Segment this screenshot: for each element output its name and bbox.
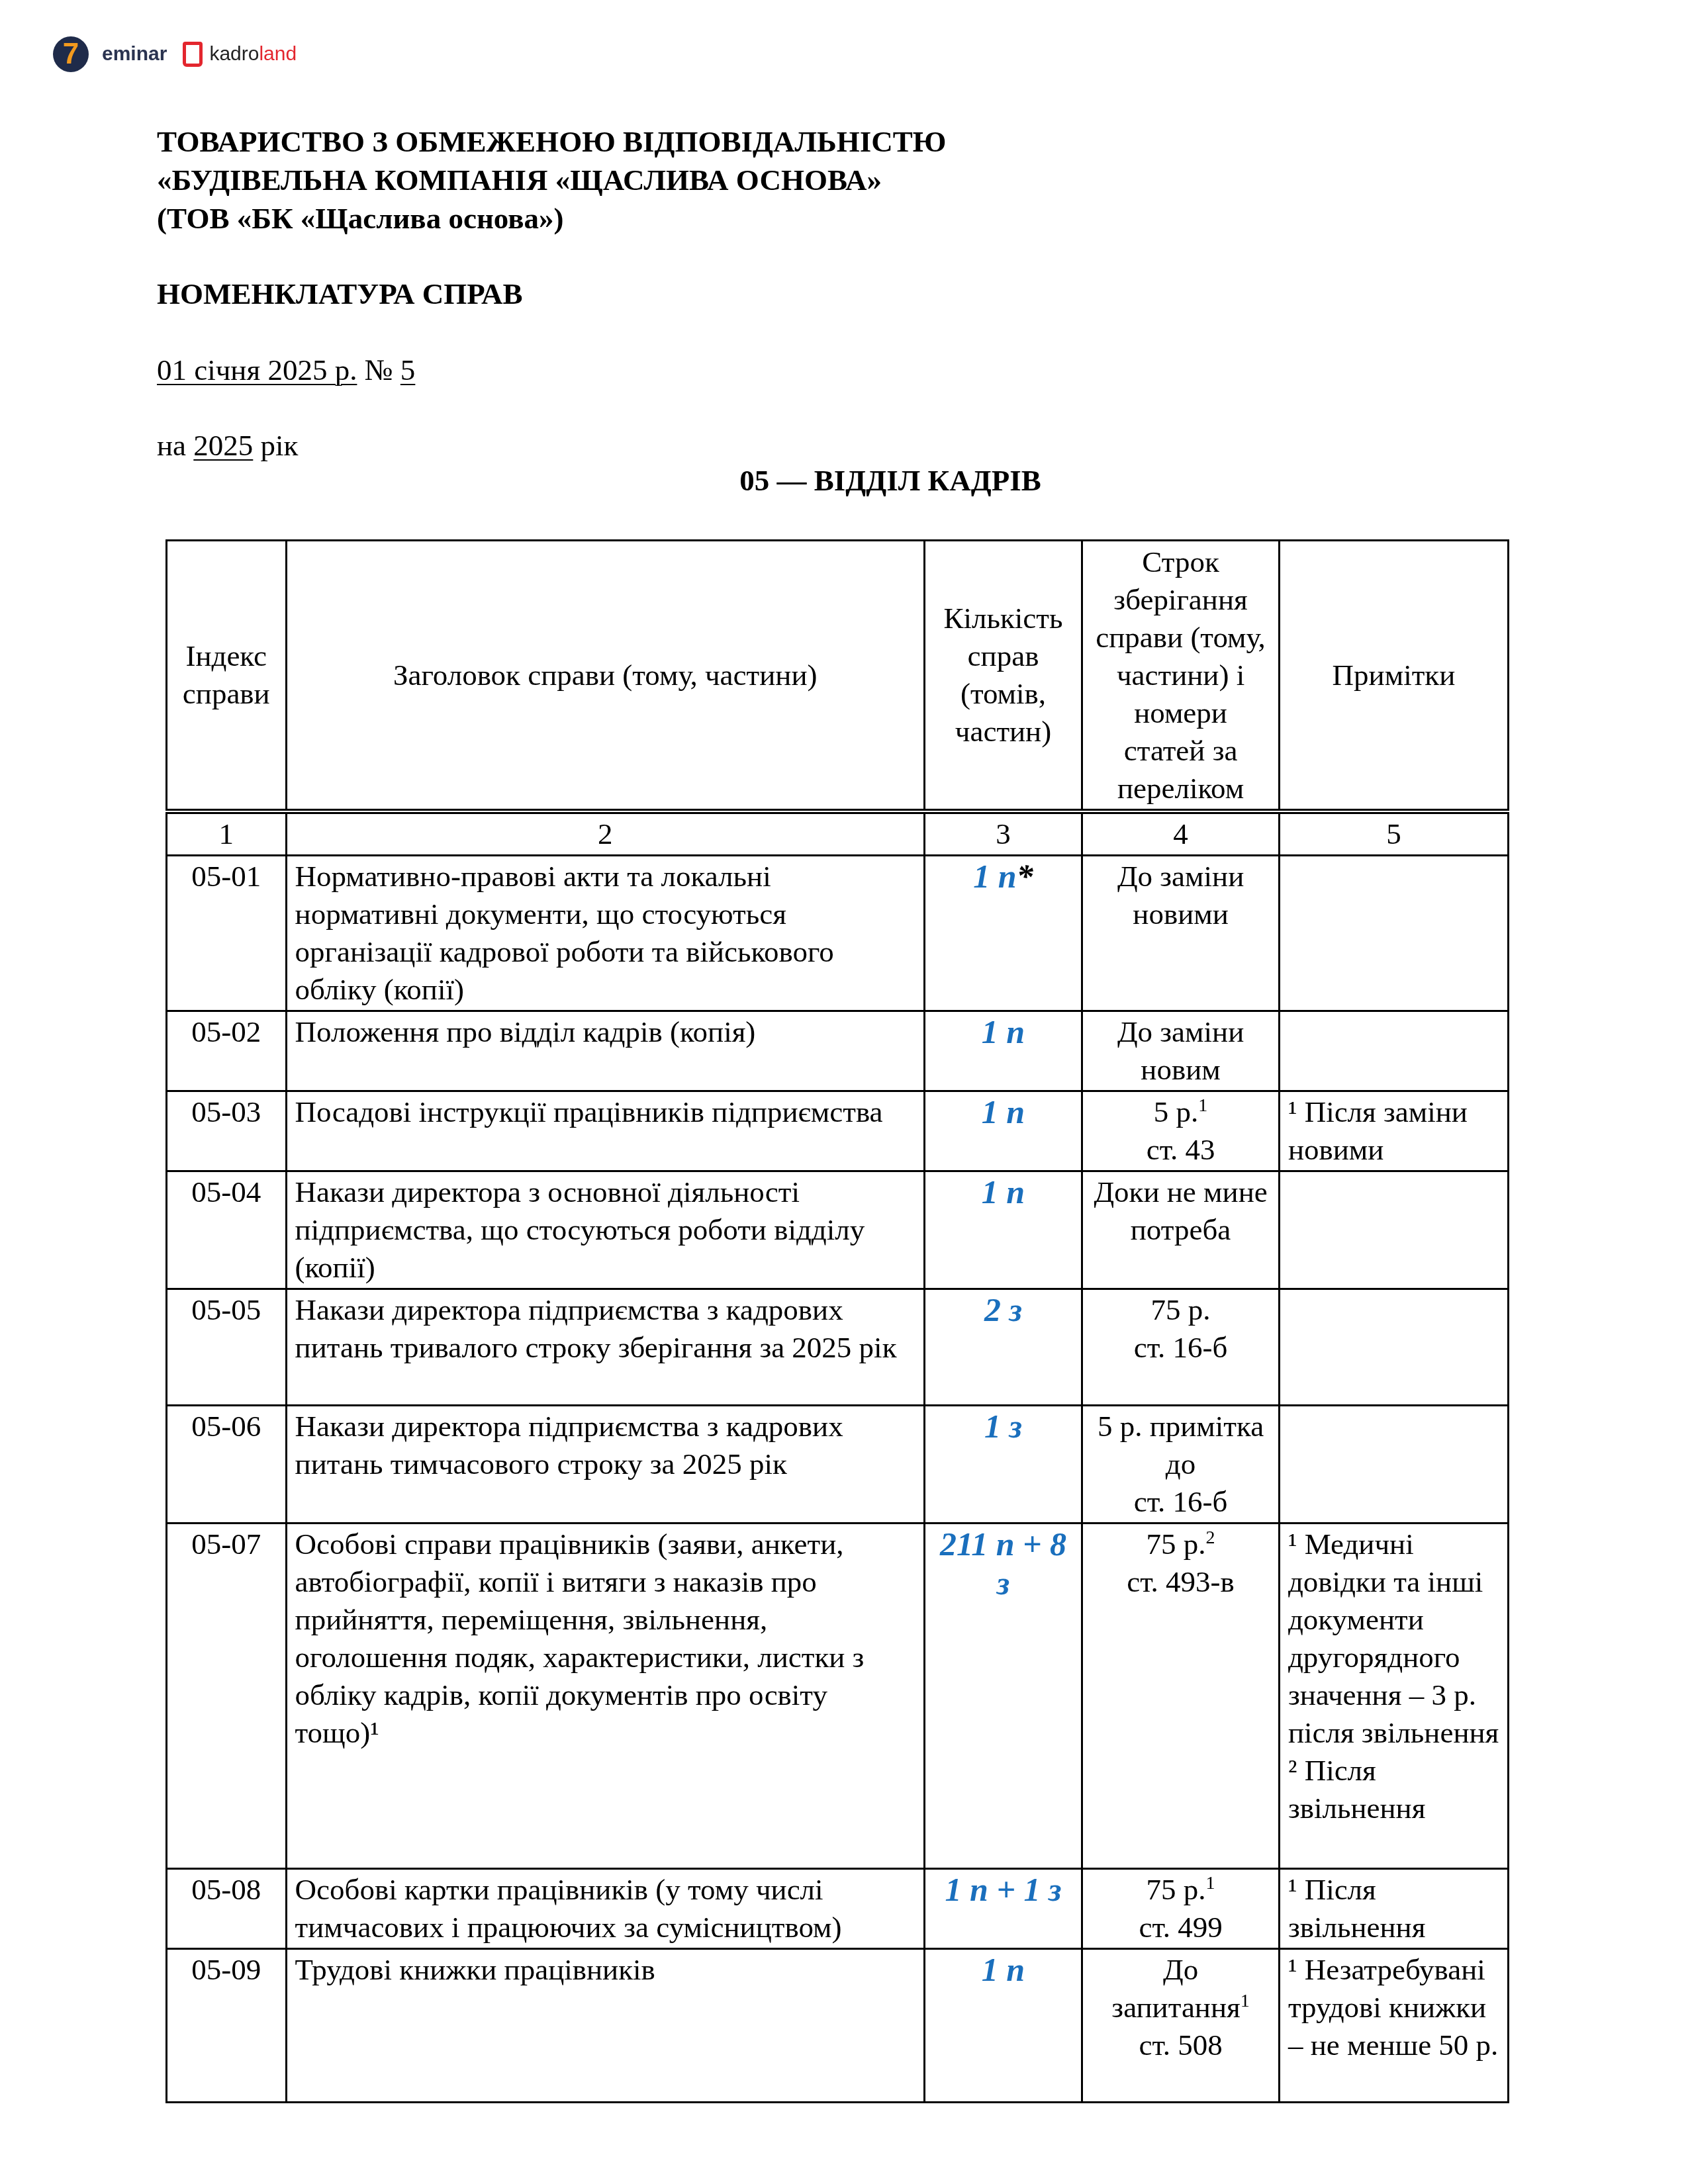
case-term: 75 р.2ст. 493-в [1082, 1524, 1280, 1869]
table-row: 05-09 Трудові книжки працівників 1 п До … [167, 1949, 1509, 2103]
case-term: До запитання1ст. 508 [1082, 1949, 1280, 2103]
case-title: Особові картки працівників (у тому числі… [286, 1869, 924, 1949]
case-note [1279, 1406, 1508, 1524]
case-title: Накази директора підприємства з кадрових… [286, 1406, 924, 1524]
table-row: 05-05 Накази директора підприємства з ка… [167, 1289, 1509, 1406]
kadroland-house-icon [183, 42, 203, 67]
case-qty: 1 п + 1 з [924, 1869, 1082, 1949]
case-qty: 1 з [924, 1406, 1082, 1524]
case-qty: 1 п [924, 1949, 1082, 2103]
col-num: 2 [286, 811, 924, 856]
org-name-line2: «БУДІВЕЛЬНА КОМПАНІЯ «ЩАСЛИВА ОСНОВА» [157, 161, 882, 199]
case-note [1279, 1011, 1508, 1091]
case-title: Накази директора з основної діяльності п… [286, 1171, 924, 1289]
table-row: 05-01 Нормативно-правові акти та локальн… [167, 856, 1509, 1011]
header-logos: 7 eminar kadroland [53, 36, 297, 72]
case-title: Особові справи працівників (заяви, анкет… [286, 1524, 924, 1869]
case-title: Положення про відділ кадрів (копія) [286, 1011, 924, 1091]
case-note [1279, 856, 1508, 1011]
header-index: Індекс справи [167, 541, 287, 812]
table-row: 05-07 Особові справи працівників (заяви,… [167, 1524, 1509, 1869]
col-num: 4 [1082, 811, 1280, 856]
case-qty: 1 п* [924, 856, 1082, 1011]
col-num: 1 [167, 811, 287, 856]
header-qty: Кількість справ (томів, частин) [924, 541, 1082, 812]
case-note [1279, 1171, 1508, 1289]
case-term: 75 р.ст. 16-б [1082, 1289, 1280, 1406]
case-note: ¹ Медичні довідки та інші документи друг… [1279, 1524, 1508, 1869]
case-index: 05-05 [167, 1289, 287, 1406]
table-row: 05-06 Накази директора підприємства з ка… [167, 1406, 1509, 1524]
case-qty: 211 п + 8 з [924, 1524, 1082, 1869]
header-notes: Примітки [1279, 541, 1508, 812]
case-title: Нормативно-правові акти та локальні норм… [286, 856, 924, 1011]
case-note [1279, 1289, 1508, 1406]
nomenclature-table: Індекс справи Заголовок справи (тому, ча… [165, 539, 1509, 2103]
case-index: 05-08 [167, 1869, 287, 1949]
doc-date: 01 січня 2025 р. № 5 [157, 351, 415, 389]
case-qty: 1 п [924, 1171, 1082, 1289]
header-title: Заголовок справи (тому, частини) [286, 541, 924, 812]
case-note: ¹ Після звільнення [1279, 1869, 1508, 1949]
case-index: 05-09 [167, 1949, 287, 2103]
case-term: До заміни новими [1082, 856, 1280, 1011]
case-title: Накази директора підприємства з кадрових… [286, 1289, 924, 1406]
doc-title: НОМЕНКЛАТУРА СПРАВ [157, 275, 522, 313]
case-index: 05-01 [167, 856, 287, 1011]
case-title: Трудові книжки працівників [286, 1949, 924, 2103]
case-index: 05-03 [167, 1091, 287, 1171]
table-row: 05-02 Положення про відділ кадрів (копія… [167, 1011, 1509, 1091]
case-index: 05-07 [167, 1524, 287, 1869]
table-row: 05-04 Накази директора з основної діяльн… [167, 1171, 1509, 1289]
case-index: 05-04 [167, 1171, 287, 1289]
case-term: 5 р. примітка дост. 16-б [1082, 1406, 1280, 1524]
case-qty: 2 з [924, 1289, 1082, 1406]
table-row: 05-08 Особові картки працівників (у тому… [167, 1869, 1509, 1949]
header-term: Строк зберігання справи (тому, частини) … [1082, 541, 1280, 812]
column-numbers-row: 1 2 3 4 5 [167, 811, 1509, 856]
case-term: 75 р.1ст. 499 [1082, 1869, 1280, 1949]
seminar-logo-text: eminar [102, 43, 167, 66]
doc-period: на 2025 рік [157, 426, 298, 465]
col-num: 3 [924, 811, 1082, 856]
case-index: 05-02 [167, 1011, 287, 1091]
col-num: 5 [1279, 811, 1508, 856]
seminar-logo-icon: 7 [53, 36, 89, 72]
org-name-line1: ТОВАРИСТВО З ОБМЕЖЕНОЮ ВІДПОВІДАЛЬНІСТЮ [157, 122, 947, 161]
case-note: ¹ Після заміни новими [1279, 1091, 1508, 1171]
case-term: Доки не мине потреба [1082, 1171, 1280, 1289]
table-row: 05-03 Посадові інструкції працівників пі… [167, 1091, 1509, 1171]
kadroland-logo-text: kadroland [209, 43, 297, 66]
case-qty: 1 п [924, 1011, 1082, 1091]
case-qty: 1 п [924, 1091, 1082, 1171]
case-note: ¹ Незатребувані трудові книжки – не менш… [1279, 1949, 1508, 2103]
case-index: 05-06 [167, 1406, 287, 1524]
org-name-short: (ТОВ «БК «Щаслива основа») [157, 199, 564, 238]
case-term: 5 р.1ст. 43 [1082, 1091, 1280, 1171]
case-term: До заміни новим [1082, 1011, 1280, 1091]
section-title: 05 — ВІДДІЛ КАДРІВ [0, 463, 1688, 498]
case-title: Посадові інструкції працівників підприєм… [286, 1091, 924, 1171]
